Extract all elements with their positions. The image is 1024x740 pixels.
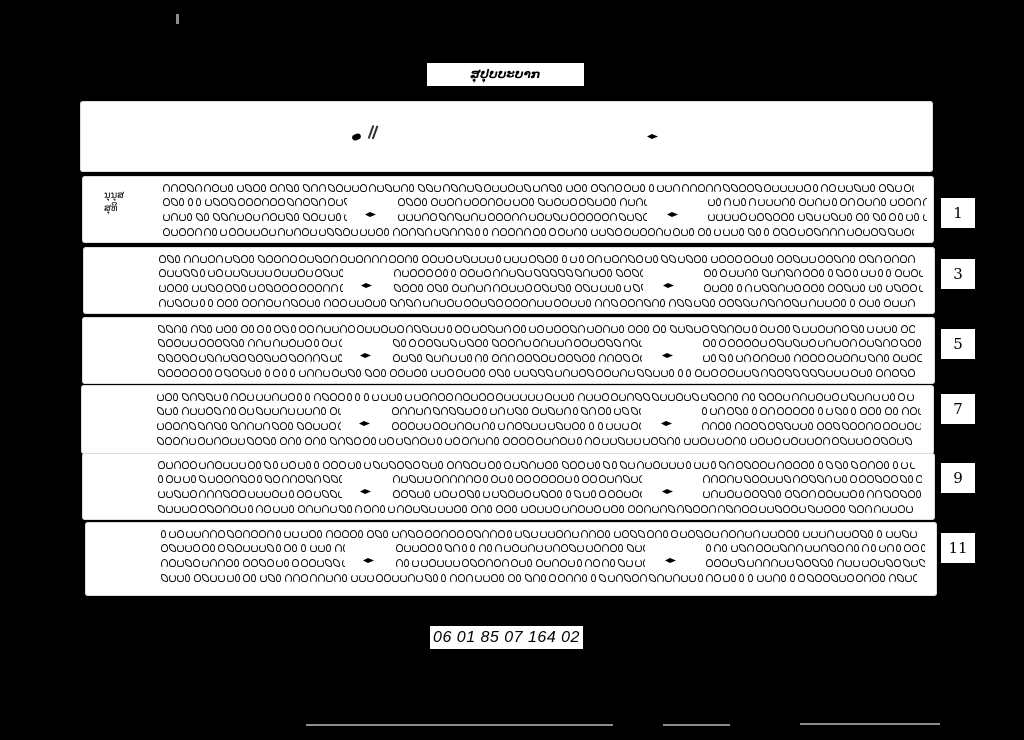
binding-hole xyxy=(360,353,371,358)
script-line-segment xyxy=(157,352,342,364)
script-line-segment xyxy=(701,420,921,432)
page-number-label: 9 xyxy=(941,463,975,493)
script-line xyxy=(156,435,914,447)
script-line-segment xyxy=(707,196,927,208)
script-line-segment xyxy=(391,405,641,417)
handwritten-script-text xyxy=(707,196,927,208)
handwritten-script-text xyxy=(157,503,915,515)
handwritten-script-text xyxy=(157,323,915,335)
script-line-segment xyxy=(701,405,921,417)
handwritten-script-text xyxy=(160,542,345,554)
handwritten-script-text xyxy=(160,572,917,584)
handwritten-script-text xyxy=(156,391,914,403)
binding-hole xyxy=(360,489,371,494)
script-line-segment xyxy=(703,267,923,279)
manuscript-leaf xyxy=(83,247,935,314)
handwritten-script-text xyxy=(703,282,923,294)
script-line-segment xyxy=(702,352,922,364)
handwritten-script-text xyxy=(702,352,922,364)
film-speck xyxy=(176,14,179,24)
manuscript-leaf xyxy=(81,385,934,454)
script-line-segment xyxy=(393,267,643,279)
binding-hole xyxy=(363,558,374,563)
script-line-segment xyxy=(703,282,923,294)
handwritten-script-text xyxy=(701,405,921,417)
script-line-segment xyxy=(707,211,927,223)
script-line-segment xyxy=(705,557,925,569)
handwritten-script-text xyxy=(701,420,921,432)
handwritten-script-text xyxy=(702,473,922,485)
manuscript-leaf: ນຸນຸສສຸທິ xyxy=(82,176,934,243)
script-line-segment xyxy=(395,542,645,554)
margin-note: ສຸທິ xyxy=(104,203,118,215)
script-line-segment xyxy=(705,542,925,554)
script-line-segment xyxy=(162,211,347,223)
handwritten-script-text xyxy=(395,542,645,554)
handwritten-script-text xyxy=(397,196,647,208)
script-line-segment xyxy=(392,352,642,364)
handwritten-script-text xyxy=(705,542,925,554)
handwritten-script-text xyxy=(702,337,922,349)
script-line-segment xyxy=(397,211,647,223)
handwritten-script-text xyxy=(158,297,915,309)
script-line xyxy=(157,459,915,471)
binding-hole xyxy=(359,421,370,426)
page-number-label: 1 xyxy=(941,198,975,228)
binding-hole xyxy=(647,134,658,139)
script-line-segment xyxy=(392,488,642,500)
ink-mark xyxy=(351,133,362,142)
script-line xyxy=(160,572,917,584)
script-line-segment xyxy=(397,196,647,208)
handwritten-script-text xyxy=(392,352,642,364)
script-line xyxy=(157,367,915,379)
binding-hole xyxy=(365,212,376,217)
handwritten-script-text xyxy=(391,405,641,417)
handwritten-script-text xyxy=(393,267,643,279)
handwritten-script-text xyxy=(162,226,914,238)
script-line-segment xyxy=(157,337,342,349)
script-line-segment xyxy=(157,473,342,485)
handwritten-script-text xyxy=(157,367,915,379)
binding-hole xyxy=(662,489,673,494)
page-number-label: 11 xyxy=(941,533,975,563)
handwritten-script-text xyxy=(156,405,341,417)
page-number-label: 3 xyxy=(941,259,975,289)
margin-note: ນຸນຸສ xyxy=(104,190,124,202)
script-line xyxy=(160,528,917,540)
handwritten-script-text xyxy=(157,337,342,349)
binding-hole xyxy=(663,283,674,288)
script-line-segment xyxy=(392,473,642,485)
script-line xyxy=(162,182,914,194)
cover-leaf xyxy=(80,101,933,172)
script-line-segment xyxy=(391,420,641,432)
handwritten-script-text xyxy=(162,196,347,208)
microfilm-id-label: 06 01 85 07 164 02 xyxy=(430,626,583,649)
handwritten-script-text xyxy=(160,528,917,540)
script-line xyxy=(158,253,915,265)
handwritten-script-text xyxy=(395,557,645,569)
handwritten-script-text xyxy=(157,459,915,471)
script-line-segment xyxy=(702,337,922,349)
binding-hole xyxy=(661,421,672,426)
handwritten-script-text xyxy=(705,557,925,569)
script-line xyxy=(162,226,914,238)
script-line-segment xyxy=(392,337,642,349)
handwritten-script-text xyxy=(397,211,647,223)
script-line-segment xyxy=(162,196,347,208)
page-number-label: 5 xyxy=(941,329,975,359)
handwritten-script-text xyxy=(393,282,643,294)
script-line-segment xyxy=(160,557,345,569)
handwritten-script-text xyxy=(158,267,343,279)
handwritten-script-text xyxy=(162,211,347,223)
script-line-segment xyxy=(702,488,922,500)
manuscript-title-label: ສຸປຸບບະບາກ xyxy=(427,63,584,86)
binding-hole xyxy=(361,283,372,288)
handwritten-script-text xyxy=(392,337,642,349)
script-line-segment xyxy=(157,488,342,500)
script-line-segment xyxy=(156,405,341,417)
manuscript-leaf xyxy=(85,522,937,596)
script-line-segment xyxy=(160,542,345,554)
manuscript-leaf xyxy=(82,317,935,384)
script-line-segment xyxy=(158,282,343,294)
script-line-segment xyxy=(395,557,645,569)
handwritten-script-text xyxy=(157,473,342,485)
handwritten-script-text xyxy=(158,282,343,294)
script-line xyxy=(157,323,915,335)
manuscript-leaf xyxy=(82,453,935,520)
handwritten-script-text xyxy=(703,267,923,279)
film-scratch xyxy=(306,724,613,726)
handwritten-script-text xyxy=(392,473,642,485)
handwritten-script-text xyxy=(162,182,914,194)
page-number-label: 7 xyxy=(941,394,975,424)
handwritten-script-text xyxy=(157,352,342,364)
ink-mark xyxy=(368,125,375,139)
handwritten-script-text xyxy=(157,488,342,500)
script-line-segment xyxy=(158,267,343,279)
script-line xyxy=(156,391,914,403)
film-scratch xyxy=(800,723,940,725)
handwritten-script-text xyxy=(158,253,915,265)
script-line-segment xyxy=(702,473,922,485)
handwritten-script-text xyxy=(156,435,914,447)
script-line xyxy=(158,297,915,309)
script-line xyxy=(157,503,915,515)
binding-hole xyxy=(667,212,678,217)
binding-hole xyxy=(665,558,676,563)
script-line-segment xyxy=(156,420,341,432)
handwritten-script-text xyxy=(392,488,642,500)
film-scratch xyxy=(663,724,730,726)
handwritten-script-text xyxy=(707,211,927,223)
script-line-segment xyxy=(393,282,643,294)
handwritten-script-text xyxy=(391,420,641,432)
handwritten-script-text xyxy=(160,557,345,569)
handwritten-script-text xyxy=(156,420,341,432)
handwritten-script-text xyxy=(702,488,922,500)
binding-hole xyxy=(662,353,673,358)
